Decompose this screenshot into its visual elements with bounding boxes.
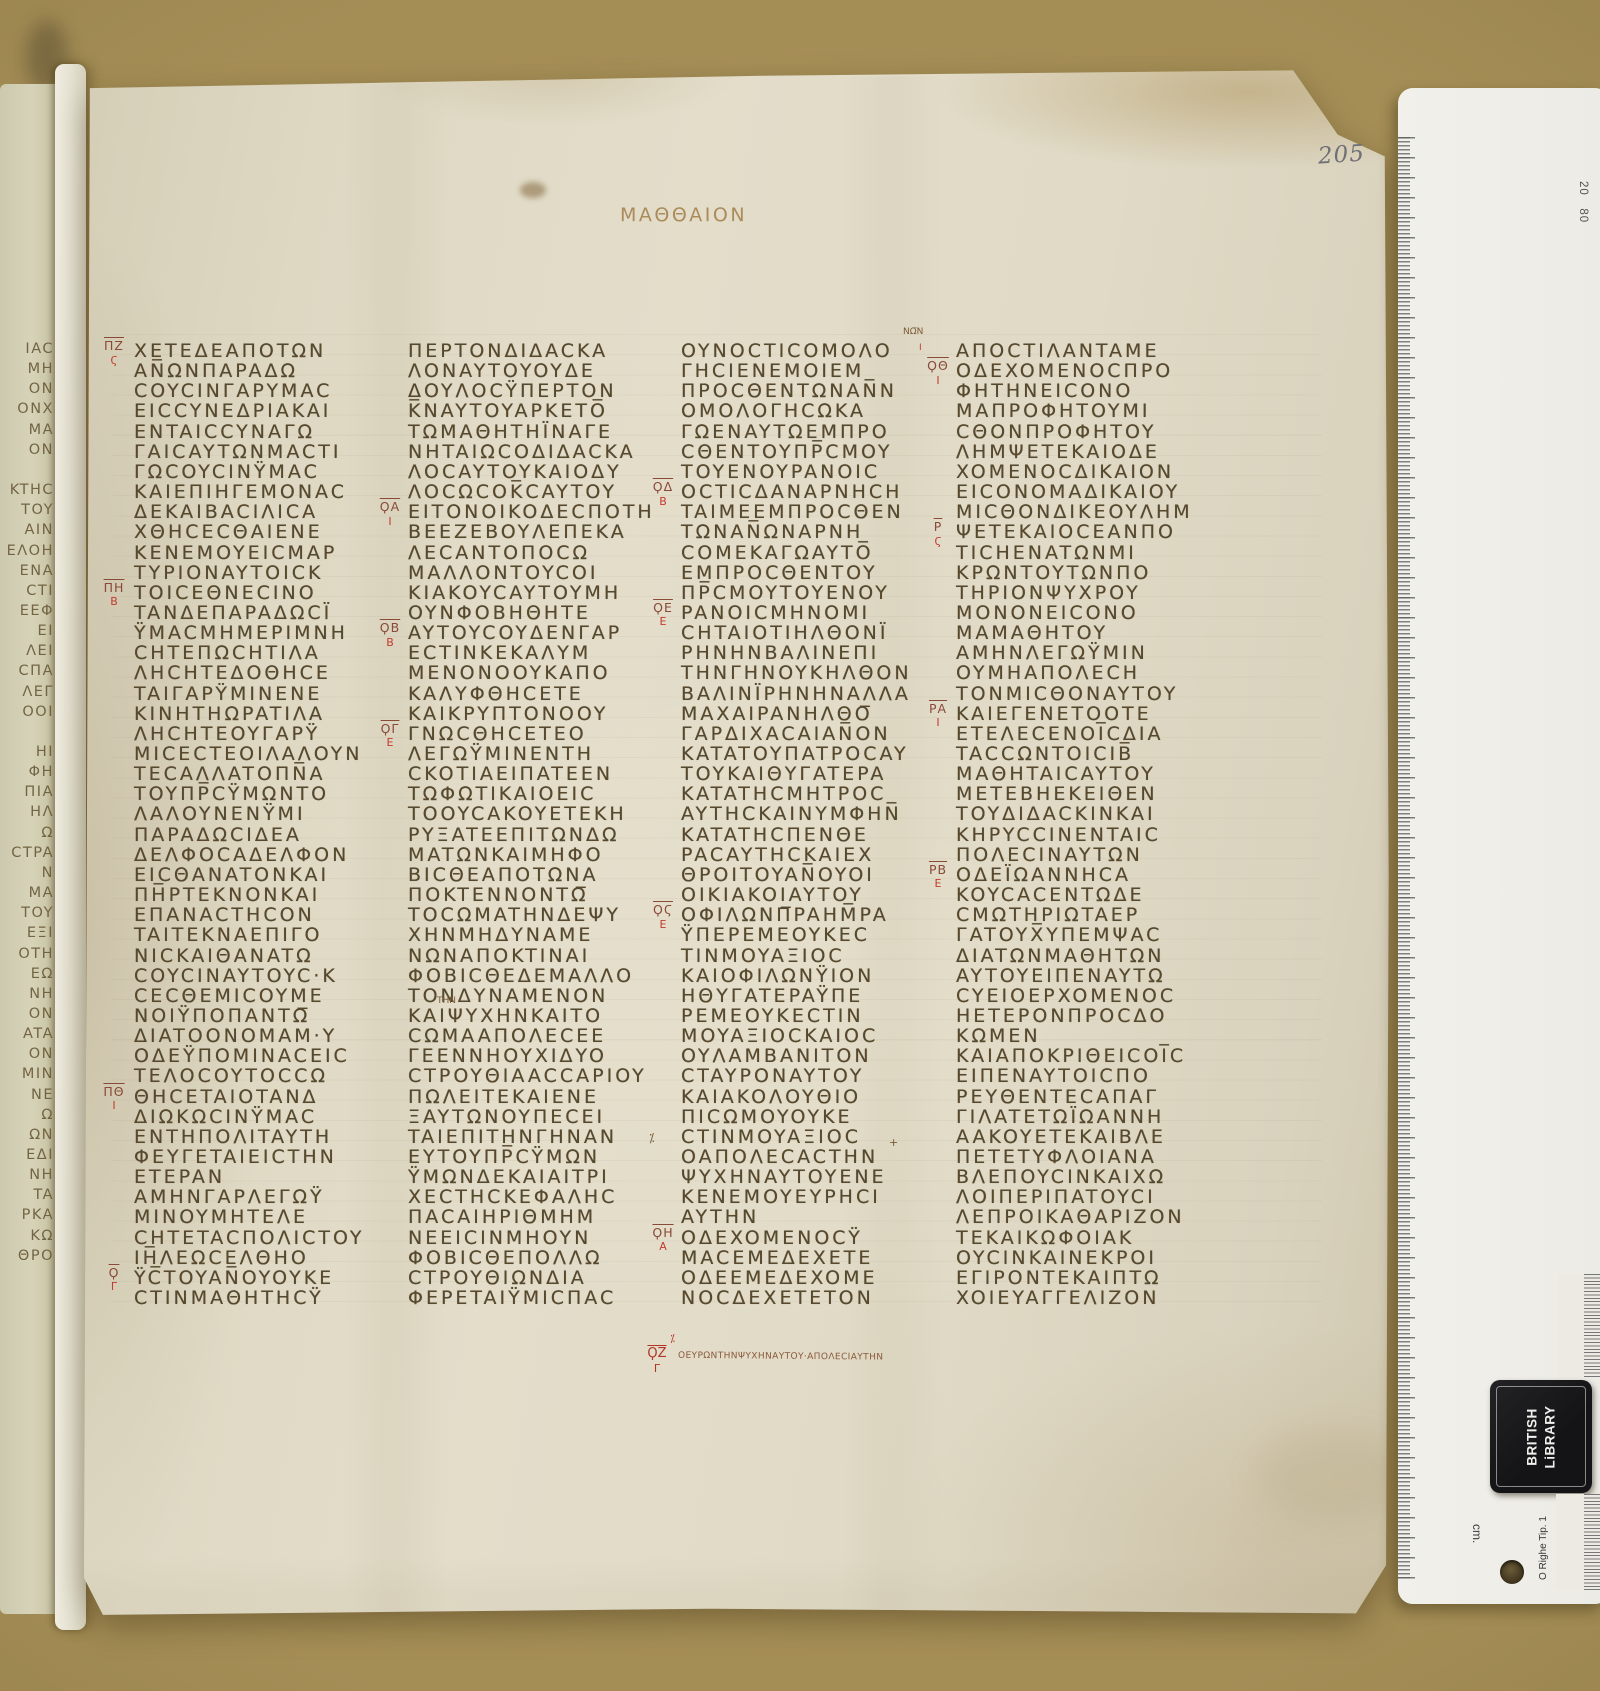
- text-line: K̅NAYTOYAPKETO̅: [408, 401, 608, 421]
- text-line: BEEZEBOYΛEΠEKA: [408, 522, 627, 542]
- left-edge-fragment: CTPA: [0, 845, 54, 861]
- text-line: TAIΓAPŸMINENE: [134, 684, 322, 704]
- text-line: EITONOIKOΔECΠOTH: [408, 502, 655, 522]
- text-line: ΠETETYΦΛOIANA: [956, 1147, 1157, 1167]
- left-edge-fragment: OOI: [0, 704, 54, 720]
- mini-ticks: [1584, 1274, 1600, 1378]
- text-line: OMOΛOΓHCΩKA: [681, 401, 866, 421]
- text-line: ΔOYΛOCŸΠEPTON: [408, 381, 617, 401]
- text-line: ΠACAIHPIΘMHM: [408, 1207, 596, 1227]
- text-line: ΓAPΔIXACAIAN̅ON: [681, 724, 891, 744]
- text-line: EΠANACTHCON: [134, 905, 315, 925]
- label-line-library: LiBRARY: [1541, 1387, 1559, 1487]
- text-line: KENEMOYEYPHCI: [681, 1187, 881, 1207]
- text-line: TOYENOYPANOIC: [681, 462, 880, 482]
- text-line: ΓEENNHOYXIΔYO: [408, 1046, 607, 1066]
- text-line: ETEΛECENOI̅CΔIA: [956, 724, 1164, 744]
- text-line: AYTHCKAINYMΦHN̅: [681, 804, 902, 824]
- left-edge-fragment: CTI: [0, 583, 54, 599]
- text-line: ΦEPETAIŸMICΠAC: [408, 1288, 616, 1308]
- text-line: MAΛΛONTOYCOI: [408, 563, 598, 583]
- text-line: CKOTIAEIΠATEEN: [408, 764, 613, 784]
- text-line: KAIΨYXHNKAITO: [408, 1006, 603, 1026]
- ruler-mini-scale-bottom: [1556, 1494, 1600, 1590]
- british-library-label: BRITISH LiBRARY: [1490, 1380, 1592, 1493]
- text-line: KAIOΦIΛΩNŸION: [681, 966, 874, 986]
- codex-photograph: { "running_title": "ΜΑΘΘΑΙΟΝ", "folio_nu…: [0, 0, 1600, 1691]
- canon-number: Ε: [375, 737, 405, 748]
- left-edge-fragment: ΠIA: [0, 784, 54, 800]
- left-edge-fragment: ENA: [0, 563, 54, 579]
- text-line: ΓAICAYTΩNMACTI: [134, 442, 341, 462]
- text-line: AN̅ΩNΠAPAΔΩ: [134, 361, 298, 381]
- text-line: ETEPAN: [134, 1167, 225, 1187]
- stain: [1255, 1430, 1405, 1520]
- text-line: MAXAIPANHΛΘΟ̅: [681, 704, 873, 724]
- text-line: ΓHCIENEMOIEM: [681, 361, 864, 381]
- section-number: ΠΘ: [99, 1086, 129, 1099]
- footnote-section-number: ϘΖ Γ: [644, 1347, 670, 1374]
- text-line: ŸΠEPEMEOYKEC: [681, 925, 870, 945]
- text-line: TOYΠP̅CŸMΩNTO: [134, 784, 329, 804]
- section-number: Ρ: [923, 521, 953, 534]
- margin-section-mark: ϘΕΕ: [648, 602, 678, 628]
- section-number: ΡΒ: [923, 864, 953, 877]
- text-line: AYTOYEIΠENAYTΩ: [956, 966, 1166, 986]
- text-line: AMHNΛEΓΩŸMIN: [956, 643, 1148, 663]
- canon-number: Ϛ: [99, 355, 129, 366]
- text-line: MACEMEΔEXETE: [681, 1248, 873, 1268]
- text-line: OYNOCTICOMOΛO: [681, 341, 893, 361]
- section-number: ΠΗ: [99, 582, 129, 595]
- text-line: AYTHN: [681, 1207, 759, 1227]
- left-edge-fragment: EΞI: [0, 925, 54, 941]
- text-line: NICKAIΘANATΩ: [134, 946, 314, 966]
- section-number: ϘΗ: [648, 1227, 678, 1240]
- folio-number: 205: [1317, 140, 1366, 169]
- text-line: CHTEΠΩCHTIΛA: [134, 643, 321, 663]
- text-line: TOOYCAKOYETEKH: [408, 804, 627, 824]
- text-line: ΛONAYTOYOYΔE: [408, 361, 596, 381]
- margin-section-mark: ϘΗΑ: [648, 1227, 678, 1253]
- text-line: TONMICΘONAYTOY: [956, 684, 1178, 704]
- text-line: EΓIPONTEKAIΠTΩ: [956, 1268, 1162, 1288]
- text-line: NΩNAΠOKTINAI: [408, 946, 590, 966]
- text-line: OΦIΛΩNΠ̅PAHM̅PA: [681, 905, 889, 925]
- text-line: TECAΛΛATOΠN̅A: [134, 764, 325, 784]
- text-line: BICΘEAΠOTΩNA: [408, 865, 598, 885]
- text-line: MICΘONΔIKEOYΛHM: [956, 502, 1193, 522]
- text-line: ENTHΠOΛITAYTH: [134, 1127, 332, 1147]
- margin-section-mark: ϘΑΙ: [375, 501, 405, 527]
- left-edge-fragment: ΛEΓ: [0, 684, 54, 700]
- text-line: METEBHEKEIΘEN: [956, 784, 1158, 804]
- left-edge-fragment: ON: [0, 442, 54, 458]
- section-number: ϘΓ: [375, 723, 405, 736]
- left-edge-fragment: ON: [0, 1006, 54, 1022]
- text-line: TICHENATΩNMI: [956, 543, 1137, 563]
- left-edge-fragment: PKA: [0, 1207, 54, 1223]
- text-line: ΛHMΨETEKAIOΔE: [956, 442, 1160, 462]
- text-line: OAΠOΛECACTHN: [681, 1147, 878, 1167]
- left-edge-fragment: ONX: [0, 401, 54, 417]
- section-number: ϘϚ: [648, 904, 678, 917]
- left-edge-fragment: Ω: [0, 825, 54, 841]
- left-edge-fragment: HΛ: [0, 804, 54, 820]
- text-line: OΔEXOMENOCŸ: [681, 1228, 863, 1248]
- section-number: ϘΑ: [375, 501, 405, 514]
- text-line: ΔEΛΦOCAΔEΛΦON: [134, 845, 349, 865]
- text-line: ΞAYTΩNOYΠECEI: [408, 1107, 605, 1127]
- text-line: OΔEEMEΔEXOME: [681, 1268, 878, 1288]
- text-line: EYTOYΠP̅CŸMΩN: [408, 1147, 600, 1167]
- left-edge-fragment: AIN: [0, 522, 54, 538]
- text-line: COYCINAYTOYC·K: [134, 966, 338, 986]
- text-line: ΠAPAΔΩCIΔEA: [134, 825, 302, 845]
- text-line: ΦOBICΘEΠOΛΛΩ: [408, 1248, 603, 1268]
- text-line: ΠP̅CMOYTOYENOY: [681, 583, 890, 603]
- section-number: ϘΒ: [375, 622, 405, 635]
- text-line: OYCINKAINEKPOI: [956, 1248, 1157, 1268]
- text-line: KAIAΠOKPIΘEICOI̅C: [956, 1046, 1186, 1066]
- left-edge-fragment: EI: [0, 623, 54, 639]
- text-line: ΓATOYX̅YΠEMΨAC: [956, 925, 1162, 945]
- section-number: ϘΕ: [648, 602, 678, 615]
- righe-label: O Righe Tip. 1: [1538, 1490, 1552, 1580]
- ruler-top-label-80: 80: [1577, 208, 1589, 223]
- canon-number: Ε: [923, 878, 953, 889]
- text-line: KENEMOYEICMAP: [134, 543, 337, 563]
- text-line: TAIMEEMΠPOCΘEN: [681, 502, 904, 522]
- left-edge-fragment: Ω: [0, 1107, 54, 1123]
- text-line: ΓΩENAYTΩEMΠPO: [681, 422, 890, 442]
- text-line: PACAYTHCKAIEX: [681, 845, 874, 865]
- text-line: IH̅ΛEΩCEΛΘHO: [134, 1248, 309, 1268]
- canon-number: Ε: [648, 616, 678, 627]
- text-line: MENONOOYKAΠO: [408, 663, 611, 683]
- text-line: ŸMACMHMEPIMNH: [134, 623, 348, 643]
- scribal-note: +: [889, 1137, 898, 1148]
- text-line: ΛEΓΩŸMINENTH: [408, 744, 594, 764]
- label-line-british: BRITISH: [1523, 1387, 1541, 1487]
- text-line: TYPIONAYTOICK: [134, 563, 323, 583]
- text-line: MONONEICONO: [956, 603, 1139, 623]
- scribal-note: ⁒: [670, 1333, 675, 1344]
- section-number: ΡΑ: [923, 703, 953, 716]
- text-line: OIKIAKOIAYTOY: [681, 885, 864, 905]
- text-line: ΛHCHTEOYΓAPŸ: [134, 724, 320, 744]
- text-line: KΩMEN: [956, 1026, 1041, 1046]
- margin-section-mark: ΡϚ: [923, 521, 953, 547]
- ink-smudge: [520, 182, 546, 198]
- text-line: ΛHCHTEΔOΘHCE: [134, 663, 331, 683]
- left-edge-fragment: ΩN: [0, 1127, 54, 1143]
- text-line: CHTETACΠOΛICTOY: [134, 1228, 364, 1248]
- text-line: CΘENTOYΠP̅CMOY: [681, 442, 893, 462]
- text-line: CTINMAΘHTHCŸ: [134, 1288, 324, 1308]
- text-line: THPIONΨYXPOY: [956, 583, 1141, 603]
- left-edge-fragment: IAC: [0, 341, 54, 357]
- left-edge-fragment: N: [0, 865, 54, 881]
- text-line: XOIEYAΓΓEΛIZON: [956, 1288, 1159, 1308]
- text-line: EMΠPOCΘENTOY: [681, 563, 878, 583]
- mini-ticks: [1584, 1494, 1600, 1590]
- text-line: TEΛOCOYTOCCΩ: [134, 1066, 328, 1086]
- text-line: CTPOYΘIAACCAPIOY: [408, 1066, 647, 1086]
- text-line: ΔIATΩNMAΘHTΩN: [956, 946, 1164, 966]
- text-line: CHTAIOTIHΛΘONÏ: [681, 623, 888, 643]
- text-line: NOCΔEXETETON: [681, 1288, 874, 1308]
- canon-number: Α: [648, 1241, 678, 1252]
- text-line: AAKOYETEKAIBΛE: [956, 1127, 1166, 1147]
- text-line: NHTAIΩCOΔIΔACKA: [408, 442, 636, 462]
- text-line: MAΠPOΦHTOYMI: [956, 401, 1150, 421]
- text-line: KAIAKOΛOYΘIO: [681, 1087, 861, 1107]
- binding-fold: [55, 64, 86, 1630]
- left-edge-fragment: ATA: [0, 1026, 54, 1042]
- left-edge-fragment: CΠA: [0, 663, 54, 679]
- text-line: BΛEΠOYCINKAIXΩ: [956, 1167, 1166, 1187]
- left-edge-fragment: KΩ: [0, 1228, 54, 1244]
- text-line: KIAKOYCAYTOYMH: [408, 583, 621, 603]
- text-line: ΛOCΩCOK̅CAYTOY: [408, 482, 617, 502]
- margin-section-mark: ϘΓΕ: [375, 723, 405, 749]
- text-line: PYΞATEEΠITΩNΔΩ: [408, 825, 620, 845]
- text-line: ΘHCETAIOTANΔ: [134, 1087, 319, 1107]
- text-line: XECTHCKEΦAΛHC: [408, 1187, 617, 1207]
- canon-number: Ι: [923, 375, 953, 386]
- canon-number: Ι: [375, 516, 405, 527]
- text-line: ΓIΛATETΩÏΩANNH: [956, 1107, 1164, 1127]
- text-line: BAΛINÏPHNHNAΛΛA: [681, 684, 911, 704]
- text-line: KAIEΠIHΓEMONAC: [134, 482, 347, 502]
- text-line: KHPYCCINENTAIC: [956, 825, 1161, 845]
- text-line: AΠOCTIΛANTAME: [956, 341, 1159, 361]
- text-line: ΓΩCOYCINŸMAC: [134, 462, 320, 482]
- canon-number: Β: [648, 496, 678, 507]
- text-line: ΦEYΓETAIEICTHN: [134, 1147, 337, 1167]
- left-edge-fragment: NE: [0, 1087, 54, 1103]
- text-line: ΠPOCΘENTΩNAN̅N: [681, 381, 897, 401]
- canon-number: Β: [99, 596, 129, 607]
- text-line: ENTAICCYNAΓΩ: [134, 422, 315, 442]
- text-line: PANOICMHNOMI: [681, 603, 870, 623]
- text-line: OYMHAΠOΛECH: [956, 663, 1140, 683]
- text-line: CMΩTHPIΩTAEP: [956, 905, 1140, 925]
- text-line: ŸC̅TOYAN̅OYOYKE: [134, 1268, 334, 1288]
- left-edge-fragment: MA: [0, 885, 54, 901]
- text-line: KAIEΓENETOOTE: [956, 704, 1152, 724]
- left-edge-fragment: EΛOH: [0, 543, 54, 559]
- section-number: ϘΔ: [648, 481, 678, 494]
- ruler-halfcm-ticks: [1398, 137, 1415, 1579]
- text-line: ΠICΩMOYOYKE: [681, 1107, 853, 1127]
- text-line: ΠH̅PTEKNONKAI: [134, 885, 320, 905]
- text-line: ΦOBICΘEΔEMAΛΛO: [408, 966, 634, 986]
- text-line: EIΠENAYTOICΠO: [956, 1066, 1151, 1086]
- left-edge-fragment: NH: [0, 986, 54, 1002]
- ruler-top-label-20: 20: [1577, 181, 1589, 196]
- text-line: CYEIOEPXOMENOC: [956, 986, 1176, 1006]
- margin-section-mark: ΡΒΕ: [923, 864, 953, 890]
- text-line: ΓNΩCΘHCETEO: [408, 724, 587, 744]
- left-edge-fragment: KTHC: [0, 482, 54, 498]
- text-line: XETEΔEAΠOTΩN: [134, 341, 326, 361]
- text-line: ΠOΛECINAYTΩN: [956, 845, 1143, 865]
- margin-section-mark: ΡΑΙ: [923, 703, 953, 729]
- text-line: TANΔEΠAPAΔΩCΪ: [134, 603, 332, 623]
- text-line: TINMOYAΞIOC: [681, 946, 845, 966]
- text-line: MOYAΞIOCKAIOC: [681, 1026, 878, 1046]
- text-line: ΛAΛOYNENŸMI: [134, 804, 306, 824]
- text-line: ΛECANTOΠOCΩ: [408, 543, 590, 563]
- text-line: TOYKAIΘYΓATEPA: [681, 764, 886, 784]
- text-line: HΘYΓATEPAŸΠE: [681, 986, 863, 1006]
- margin-section-mark: ϘΘΙ: [923, 360, 953, 386]
- text-line: OCTICΔANAPNHCH: [681, 482, 902, 502]
- text-line: TAITEKNAEΠIΓO: [134, 925, 322, 945]
- british-library-text: BRITISH LiBRARY: [1523, 1387, 1558, 1487]
- margin-section-mark: ϘΒΒ: [375, 622, 405, 648]
- margin-section-mark: ΠΗΒ: [99, 582, 129, 608]
- text-line: ΔIΩKΩCINŸMAC: [134, 1107, 317, 1127]
- text-line: KAΛYΦΘHCETE: [408, 684, 584, 704]
- text-line: TΩNAN̅ΩNAPNH: [681, 522, 863, 542]
- text-line: CΩMAAΠOΛECEE: [408, 1026, 606, 1046]
- text-line: MATΩNKAIMHΦO: [408, 845, 604, 865]
- text-line: MICECTEOIΛAΛOYN: [134, 744, 362, 764]
- text-line: CΘONΠPOΦHTOY: [956, 422, 1156, 442]
- left-edge-fragment: TOY: [0, 905, 54, 921]
- scribal-note: ⁒: [649, 1132, 654, 1144]
- text-line: ECTINKEKAΛYM: [408, 643, 591, 663]
- text-line: KINHTHΩPATIΛA: [134, 704, 325, 724]
- text-line: TOICEΘNECINO: [134, 583, 317, 603]
- left-edge-fragment: MIN: [0, 1066, 54, 1082]
- text-line: TΩMAΘHTHÏNAΓE: [408, 422, 613, 442]
- text-line: NOIŸΠOΠANTΩ̅: [134, 1006, 310, 1026]
- section-number: Ϙ: [99, 1267, 129, 1280]
- left-edge-fragment: EΔI: [0, 1147, 54, 1163]
- text-line: KATATHCΠENΘE: [681, 825, 869, 845]
- text-line: ΠOKTENNONTΩ̅: [408, 885, 589, 905]
- text-line: ΔEKAIBACIΛICA: [134, 502, 318, 522]
- text-line: THNΓHNOYKHΛΘΟΝ: [681, 663, 912, 683]
- canon-number: Ι: [923, 717, 953, 728]
- text-line: KATATHCMHTPOC: [681, 784, 886, 804]
- text-line: KAIKPYΠTONOOY: [408, 704, 608, 724]
- text-line: MAΘHTAICAYTOY: [956, 764, 1156, 784]
- text-line: MAMAΘHTOY: [956, 623, 1108, 643]
- left-edge-fragment: ON: [0, 381, 54, 397]
- left-edge-fragment: HI: [0, 744, 54, 760]
- text-line: PHNHNBAΛINEΠI: [681, 643, 879, 663]
- text-line: ΘPOITOYAN̅OYOI: [681, 865, 875, 885]
- left-edge-fragment: ON: [0, 1046, 54, 1062]
- canon-number: Γ: [644, 1363, 670, 1374]
- left-edge-fragment: NH: [0, 1167, 54, 1183]
- canon-number: Ϛ: [923, 536, 953, 547]
- canon-number: Β: [375, 637, 405, 648]
- text-line: AYTOYCOYΔENΓAP: [408, 623, 622, 643]
- text-line: XOMENOCΔIKAION: [956, 462, 1174, 482]
- text-line: MINOYMHTEΛE: [134, 1207, 308, 1227]
- left-edge-fragment: ΘPO: [0, 1248, 54, 1264]
- text-line: TACCΩNTOICIB̅: [956, 744, 1134, 764]
- margin-section-mark: ΠΖϚ: [99, 340, 129, 366]
- left-edge-fragment: EΩ: [0, 966, 54, 982]
- text-line: OΔEÏΩANNHCA: [956, 865, 1131, 885]
- text-line: KATATOYΠATPOCAY: [681, 744, 909, 764]
- text-line: TΩΦΩTIKAIOEIC: [408, 784, 596, 804]
- margin-section-mark: ϘΔΒ: [648, 481, 678, 507]
- text-line: PEYΘENTECAΠAΓ: [956, 1087, 1159, 1107]
- text-line: CTPOYΘIΩNΔIA: [408, 1268, 587, 1288]
- text-line: PEMEOYKECTIN: [681, 1006, 864, 1026]
- left-edge-fragment: EEΦ: [0, 603, 54, 619]
- left-edge-fragment: MA: [0, 422, 54, 438]
- text-line: HETEPONΠPOCΔO: [956, 1006, 1167, 1026]
- ruler-hole: [1500, 1560, 1524, 1584]
- running-title: ΜΑΘΘΑΙΟΝ: [620, 204, 747, 226]
- text-line: CTAYPONAYTOY: [681, 1066, 864, 1086]
- text-line: TOYΔIΔACKINKAI: [956, 804, 1156, 824]
- text-line: TAIEΠITHNΓHNAN: [408, 1127, 617, 1147]
- ruler-top-label: 20 80: [1575, 181, 1589, 225]
- text-line: XΘHCECΘAIENE: [134, 522, 323, 542]
- left-edge-fragment: MH: [0, 361, 54, 377]
- text-line: KOYCACENTΩΔE: [956, 885, 1144, 905]
- ruler-mini-scale-top: [1558, 1274, 1600, 1378]
- left-edge-fragment: ΦH: [0, 764, 54, 780]
- left-edge-fragment: ΛEI: [0, 643, 54, 659]
- text-line: TOCΩMATHNΔEΨY: [408, 905, 621, 925]
- cm-unit-label: cm.: [1470, 1524, 1484, 1554]
- text-line: NEEICINMHOYN: [408, 1228, 591, 1248]
- text-line: ΔIATOONOMAM·Y: [134, 1026, 337, 1046]
- text-line: OΔEŸΠOMINACEIC: [134, 1046, 350, 1066]
- text-line: ΛOIΠEPIΠATOYCI: [956, 1187, 1156, 1207]
- scribal-note: THN: [437, 997, 456, 1006]
- text-line: AMHNΓAPΛEΓΩŸ: [134, 1187, 325, 1207]
- text-line: ΨYXHNAYTOYENE: [681, 1167, 887, 1187]
- text-line: OΔEXOMENOCΠPO: [956, 361, 1173, 381]
- scribal-note: NΩ̅N: [903, 328, 923, 337]
- left-edge-fragment: TA: [0, 1187, 54, 1203]
- margin-section-mark: ϘΓ: [99, 1267, 129, 1293]
- text-line: EICCYNEΔPIAKAI: [134, 401, 331, 421]
- canon-number: Γ: [99, 1281, 129, 1292]
- text-line: EICΘANATONKAI: [134, 865, 329, 885]
- text-line: CECΘEMICOYME: [134, 986, 325, 1006]
- text-line: TEKAIKΩΦOIAK: [956, 1228, 1134, 1248]
- text-line: ΠΩΛEITEKAIENE: [408, 1087, 599, 1107]
- scribal-note: Ι: [919, 344, 922, 353]
- left-edge-fragment: OTH: [0, 946, 54, 962]
- canon-number: Ε: [648, 919, 678, 930]
- text-line: ΛEΠPOIKAΘAPIZON: [956, 1207, 1185, 1227]
- text-line: ŸMΩNΔEKAIAITPI: [408, 1167, 610, 1187]
- text-line: OYNΦOBHΘHTE: [408, 603, 591, 623]
- canon-number: Ι: [99, 1100, 129, 1111]
- text-line: COYCINΓAPYMAC: [134, 381, 332, 401]
- section-number: ΠΖ: [99, 340, 129, 353]
- margin-section-mark: ΠΘΙ: [99, 1086, 129, 1112]
- text-line: COMEKAΓΩAYTO̅: [681, 543, 874, 563]
- text-line: ΨETEKAIOCEANΠO: [956, 522, 1176, 542]
- text-line: KPΩNTOYTΩNΠO: [956, 563, 1151, 583]
- text-line: ΛOCAYTOYKAIOΔY: [408, 462, 622, 482]
